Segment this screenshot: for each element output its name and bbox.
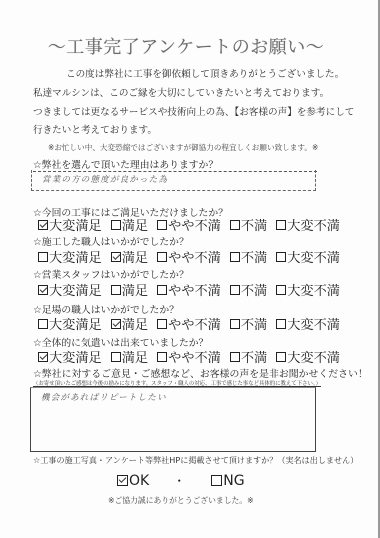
opinion-sub-note: （お寄せ頂いたご感想は今後の励みになります。スタッフ・職人の対応、工事で感じた事…	[33, 379, 321, 387]
checkbox-icon[interactable]	[230, 352, 240, 362]
checkbox-checked-icon[interactable]	[111, 319, 121, 329]
q3-option-very-satisfied[interactable]: 大変満足	[38, 280, 102, 299]
q2-option-very-satisfied[interactable]: 大変満足	[38, 247, 102, 266]
q3-option-somewhat-dissatisfied[interactable]: やや不満	[157, 280, 221, 299]
q4-option-very-satisfied[interactable]: 大変満足	[38, 314, 102, 333]
checkbox-icon[interactable]	[111, 285, 121, 295]
checkbox-icon[interactable]	[230, 285, 240, 295]
checkbox-checked-icon[interactable]	[38, 220, 48, 230]
separator-dot: ・	[173, 472, 185, 489]
intro-line-1: この度は弊社に工事を御依頼して頂きありがとうございました。	[66, 66, 344, 80]
q5-option-dissatisfied[interactable]: 不満	[230, 347, 267, 366]
checkbox-icon[interactable]	[230, 319, 240, 329]
checkbox-icon[interactable]	[111, 352, 121, 362]
q5-option-very-satisfied[interactable]: 大変満足	[38, 347, 102, 366]
checkbox-checked-icon[interactable]	[111, 252, 121, 262]
opinion-handwritten-answer: 機会があればリピートしたい	[41, 391, 167, 403]
question-3-label: ☆営業スタッフはいかがでしたか？	[33, 267, 189, 281]
question-3-options: 大変満足 満足 やや不満 不満 大変不満	[38, 280, 349, 299]
publish-question-label: ☆工事の施工写真・アンケート等弊社HPに掲載させて頂けますか？（実名は出しません…	[33, 455, 358, 466]
q5-option-satisfied[interactable]: 満足	[111, 347, 148, 366]
publish-option-ng[interactable]: NG	[211, 473, 244, 489]
checkbox-checked-icon[interactable]	[38, 285, 48, 295]
q2-option-satisfied[interactable]: 満足	[111, 247, 148, 266]
opinion-answer-box[interactable]: 機会があればリピートしたい	[30, 387, 316, 452]
q1-option-very-dissatisfied[interactable]: 大変不満	[276, 215, 340, 234]
q4-option-dissatisfied[interactable]: 不満	[230, 314, 267, 333]
checkbox-icon[interactable]	[276, 220, 286, 230]
request-note: ※お忙しい中、大変恐縮ではございますが御協力の程宜しくお願い致します。※	[48, 142, 318, 153]
q5-option-somewhat-dissatisfied[interactable]: やや不満	[157, 347, 221, 366]
checkbox-icon[interactable]	[157, 252, 167, 262]
q1-option-somewhat-dissatisfied[interactable]: やや不満	[157, 215, 221, 234]
q4-option-satisfied[interactable]: 満足	[111, 314, 148, 333]
survey-title: ～工事完了アンケートのお願い～	[0, 33, 372, 59]
publish-option-ok[interactable]: OK	[117, 473, 149, 489]
q2-option-dissatisfied[interactable]: 不満	[230, 247, 267, 266]
checkbox-icon[interactable]	[157, 352, 167, 362]
checkbox-icon[interactable]	[111, 220, 121, 230]
q5-option-very-dissatisfied[interactable]: 大変不満	[276, 347, 340, 366]
checkbox-icon[interactable]	[38, 319, 48, 329]
q3-option-very-dissatisfied[interactable]: 大変不満	[276, 280, 340, 299]
checkbox-icon[interactable]	[230, 252, 240, 262]
question-5-options: 大変満足 満足 やや不満 不満 大変不満	[38, 347, 349, 366]
question-4-options: 大変満足 満足 やや不満 不満 大変不満	[38, 314, 349, 333]
reason-answer-box[interactable]: 営業の方の態度が良かった為	[31, 170, 316, 191]
opinion-question-label: ☆弊社に対するご意見・ご感想など、お客様の声を是非お聞かせください！	[33, 366, 368, 380]
q4-option-very-dissatisfied[interactable]: 大変不満	[276, 314, 340, 333]
publish-options: OK ・ NG	[117, 472, 245, 489]
checkbox-icon[interactable]	[230, 220, 240, 230]
question-2-options: 大変満足 満足 やや不満 不満 大変不満	[38, 247, 349, 266]
intro-line-4: 行きたいと考えております。	[33, 122, 157, 136]
reason-handwritten-answer: 営業の方の態度が良かった為	[42, 173, 168, 185]
intro-line-2: 私達マルシンは、このご縁を大切にしていきたいと考えております。	[33, 85, 329, 99]
q1-option-dissatisfied[interactable]: 不満	[230, 215, 267, 234]
question-2-label: ☆施工した職人はいかがでしたか？	[33, 234, 189, 248]
checkbox-icon[interactable]	[157, 285, 167, 295]
checkbox-icon[interactable]	[276, 252, 286, 262]
checkbox-checked-icon[interactable]	[38, 352, 48, 362]
checkbox-icon[interactable]	[276, 285, 286, 295]
closing-thanks: ※ご協力誠にありがとうございました。※	[108, 495, 254, 506]
q2-option-somewhat-dissatisfied[interactable]: やや不満	[157, 247, 221, 266]
checkbox-icon[interactable]	[276, 319, 286, 329]
checkbox-icon[interactable]	[211, 475, 222, 486]
q2-option-very-dissatisfied[interactable]: 大変不満	[276, 247, 340, 266]
checkbox-icon[interactable]	[157, 220, 167, 230]
q4-option-somewhat-dissatisfied[interactable]: やや不満	[157, 314, 221, 333]
q1-option-very-satisfied[interactable]: 大変満足	[38, 215, 102, 234]
intro-line-3: つきましては更なるサービスや技術向上の為、【お客様の声】を参考にして	[33, 104, 354, 118]
question-1-options: 大変満足 満足 やや不満 不満 大変不満	[38, 215, 349, 234]
survey-sheet: ～工事完了アンケートのお願い～ この度は弊社に工事を御依頼して頂きありがとうござ…	[0, 0, 380, 538]
q1-option-satisfied[interactable]: 満足	[111, 215, 148, 234]
q3-option-satisfied[interactable]: 満足	[111, 280, 148, 299]
checkbox-checked-icon[interactable]	[117, 475, 128, 486]
checkbox-icon[interactable]	[157, 319, 167, 329]
checkbox-icon[interactable]	[38, 252, 48, 262]
q3-option-dissatisfied[interactable]: 不満	[230, 280, 267, 299]
checkbox-icon[interactable]	[276, 352, 286, 362]
